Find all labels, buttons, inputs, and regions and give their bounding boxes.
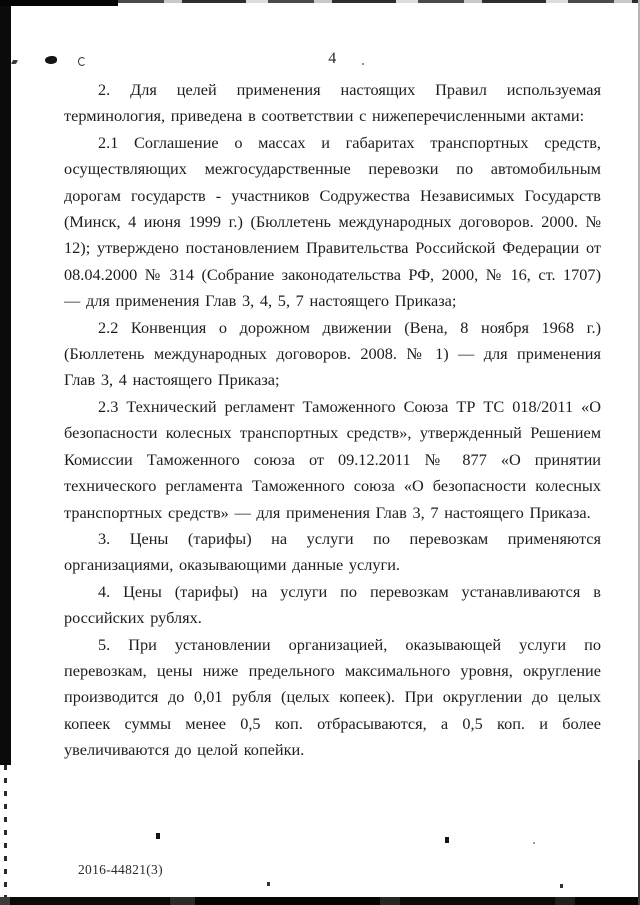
paragraph-2-2: 2.2 Конвенция о дорожном движении (Вена,… [64, 315, 601, 394]
scan-edge-left-bar [0, 0, 11, 765]
scan-speck [560, 884, 563, 888]
paragraph-2-3: 2.3 Технический регламент Таможенного Со… [64, 394, 601, 526]
document-footer-code: 2016-44821(3) [78, 862, 163, 878]
scan-speck [156, 833, 160, 839]
scan-edge-left-dashes [4, 765, 7, 897]
scan-edge-bottom-bar [0, 897, 640, 905]
scan-speck [11, 60, 18, 64]
page-number: 4 [64, 50, 601, 68]
paragraph-5: 5. При установлении организацией, оказыв… [64, 632, 601, 764]
scan-speck [533, 842, 535, 844]
scanned-document-page: 4 2. Для целей применения настоящих Прав… [0, 0, 640, 905]
scan-speck [445, 837, 449, 843]
paragraph-4: 4. Цены (тарифы) на услуги по перевозкам… [64, 579, 601, 632]
scan-edge-top-line [118, 0, 640, 3]
paragraph-2-1: 2.1 Соглашение о массах и габаритах тран… [64, 130, 601, 315]
scan-edge-top-bar [0, 0, 118, 6]
document-body: 4 2. Для целей применения настоящих Прав… [64, 50, 601, 764]
scan-speck [45, 56, 57, 64]
paragraph-3: 3. Цены (тарифы) на услуги по перевозкам… [64, 526, 601, 579]
scan-speck [267, 882, 270, 886]
paragraph-2: 2. Для целей применения настоящих Правил… [64, 77, 601, 130]
